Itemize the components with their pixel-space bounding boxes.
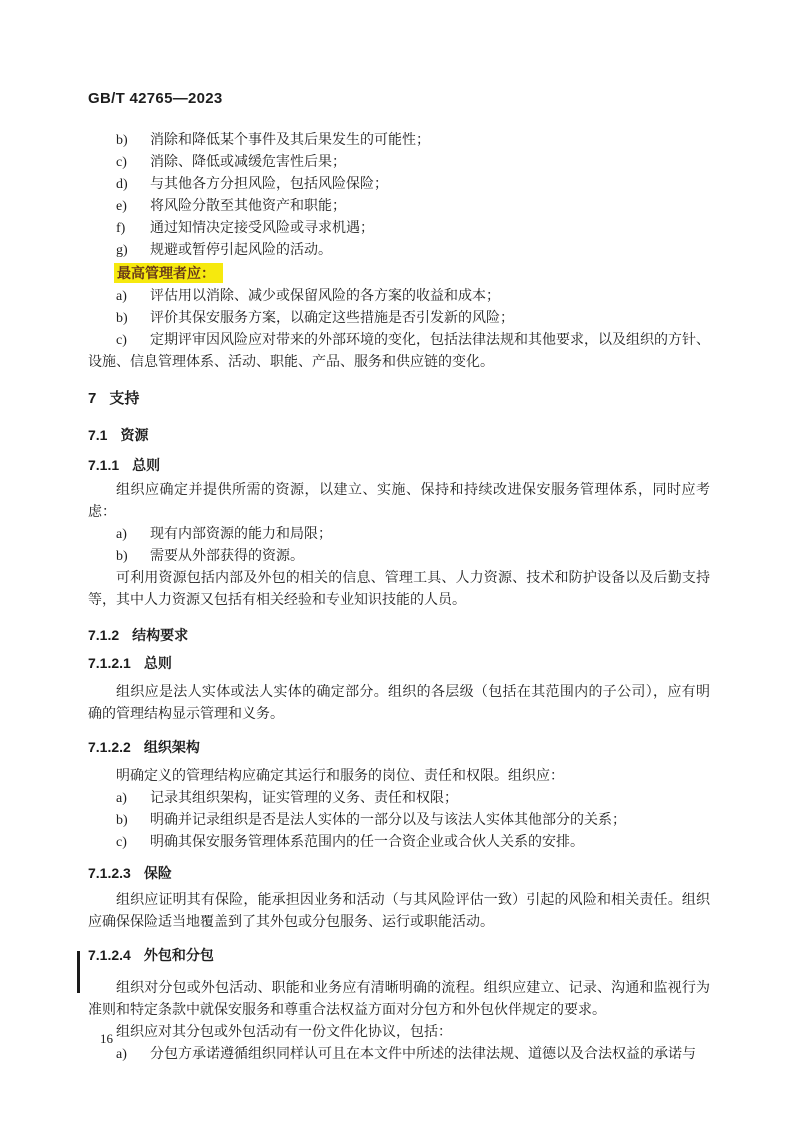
list-item: c)定期评审因风险应对带来的外部环境的变化，包括法律法规和其他要求，以及组织的方… — [88, 330, 710, 374]
list-item-text: 规避或暂停引起风险的活动。 — [150, 243, 332, 258]
list-item: a)记录其组织架构，证实管理的义务、责任和权限； — [88, 788, 710, 810]
section-7-1-2-heading: 7.1.2结构要求 — [88, 624, 710, 646]
list-item-marker: b) — [116, 810, 150, 832]
page-number: 16 — [100, 1030, 113, 1048]
section-number: 7 — [88, 390, 96, 407]
list-item-marker: a) — [116, 1044, 150, 1066]
list-item-marker: f) — [116, 218, 150, 240]
list-item: b)需要从外部获得的资源。 — [88, 546, 710, 568]
list-item-marker: d) — [116, 174, 150, 196]
list-item: e)将风险分散至其他资产和职能； — [88, 196, 710, 218]
list-item-text: 将风险分散至其他资产和职能； — [150, 199, 346, 214]
section-title: 支持 — [109, 390, 139, 407]
list-item-marker: b) — [116, 308, 150, 330]
list-item: f)通过知情决定接受风险或寻求机遇； — [88, 218, 710, 240]
highlighted-text: 最高管理者应： — [114, 263, 223, 283]
paragraph: 可利用资源包括内部及外包的相关的信息、管理工具、人力资源、技术和防护设备以及后勤… — [88, 568, 710, 612]
list-item-text: 现有内部资源的能力和局限； — [150, 527, 332, 542]
section-number: 7.1.2.2 — [88, 739, 131, 755]
section-title: 外包和分包 — [144, 947, 214, 963]
section-7-1-2-1-heading: 7.1.2.1总则 — [88, 652, 710, 674]
section-7-heading: 7支持 — [88, 388, 710, 410]
section-7-1-1-heading: 7.1.1总则 — [88, 454, 710, 476]
paragraph: 组织应是法人实体或法人实体的确定部分。组织的各层级（包括在其范围内的子公司），应… — [88, 682, 710, 726]
paragraph: 组织应确定并提供所需的资源，以建立、实施、保持和持续改进保安服务管理体系，同时应… — [88, 480, 710, 524]
top-management-list: a)评估用以消除、减少或保留风险的各方案的收益和成本； b)评价其保安服务方案，… — [88, 286, 710, 374]
section-number: 7.1.2 — [88, 627, 119, 643]
list-item-marker: e) — [116, 196, 150, 218]
page-content: GB/T 42765—2023 b)消除和降低某个事件及其后果发生的可能性； c… — [88, 88, 710, 1066]
section-number: 7.1 — [88, 427, 107, 443]
section-7-1-2-4-heading: 7.1.2.4外包和分包 — [88, 944, 710, 966]
risk-treatment-list: b)消除和降低某个事件及其后果发生的可能性； c)消除、降低或减缓危害性后果； … — [88, 130, 710, 262]
list-item-marker: a) — [116, 286, 150, 308]
list-item: a)现有内部资源的能力和局限； — [88, 524, 710, 546]
list-item: b)消除和降低某个事件及其后果发生的可能性； — [88, 130, 710, 152]
section-title: 保险 — [144, 865, 172, 881]
list-item: c)消除、降低或减缓危害性后果； — [88, 152, 710, 174]
list-item: b)明确并记录组织是否是法人实体的一部分以及与该法人实体其他部分的关系； — [88, 810, 710, 832]
list-item-text: 评估用以消除、减少或保留风险的各方案的收益和成本； — [150, 289, 500, 304]
list-item: a)评估用以消除、减少或保留风险的各方案的收益和成本； — [88, 286, 710, 308]
section-title: 总则 — [132, 457, 160, 473]
list-item-marker: b) — [116, 546, 150, 568]
subcontract-list: a)分包方承诺遵循组织同样认可且在本文件中所述的法律法规、道德以及合法权益的承诺… — [88, 1044, 710, 1066]
list-item-text: 评价其保安服务方案，以确定这些措施是否引发新的风险； — [150, 311, 514, 326]
section-title: 组织架构 — [144, 739, 200, 755]
list-item-marker: a) — [116, 788, 150, 810]
section-number: 7.1.2.3 — [88, 865, 131, 881]
section-7-1-2-2-heading: 7.1.2.2组织架构 — [88, 736, 710, 758]
section-number: 7.1.1 — [88, 457, 119, 473]
list-item: b)评价其保安服务方案，以确定这些措施是否引发新的风险； — [88, 308, 710, 330]
list-item-text: 与其他各方分担风险，包括风险保险； — [150, 177, 388, 192]
list-item-marker: a) — [116, 524, 150, 546]
section-7-1-heading: 7.1资源 — [88, 424, 710, 446]
list-item-marker: c) — [116, 832, 150, 854]
list-item-marker: b) — [116, 130, 150, 152]
paragraph: 组织应对其分包或外包活动有一份文件化协议，包括： — [88, 1022, 710, 1044]
list-item-marker: g) — [116, 240, 150, 262]
revision-change-bar — [77, 951, 80, 993]
section-title: 资源 — [120, 427, 148, 443]
document-page: GB/T 42765—2023 b)消除和降低某个事件及其后果发生的可能性； c… — [0, 0, 794, 1123]
list-item-text: 通过知情决定接受风险或寻求机遇； — [150, 221, 374, 236]
list-item-marker: c) — [116, 152, 150, 174]
section-number: 7.1.2.4 — [88, 947, 131, 963]
list-item-text: 需要从外部获得的资源。 — [150, 549, 304, 564]
list-item: a)分包方承诺遵循组织同样认可且在本文件中所述的法律法规、道德以及合法权益的承诺… — [88, 1044, 710, 1066]
list-item-text: 明确并记录组织是否是法人实体的一部分以及与该法人实体其他部分的关系； — [150, 813, 626, 828]
list-item: d)与其他各方分担风险，包括风险保险； — [88, 174, 710, 196]
list-item: c)明确其保安服务管理体系范围内的任一合资企业或合伙人关系的安排。 — [88, 832, 710, 854]
paragraph: 组织应证明其有保险，能承担因业务和活动（与其风险评估一致）引起的风险和相关责任。… — [88, 890, 710, 934]
resources-list: a)现有内部资源的能力和局限； b)需要从外部获得的资源。 — [88, 524, 710, 568]
list-item-text: 消除、降低或减缓危害性后果； — [150, 155, 346, 170]
list-item-text: 消除和降低某个事件及其后果发生的可能性； — [150, 133, 430, 148]
list-item-text: 定期评审因风险应对带来的外部环境的变化，包括法律法规和其他要求，以及组织的方针、… — [88, 333, 710, 370]
section-7-1-2-3-heading: 7.1.2.3保险 — [88, 862, 710, 884]
list-item: g)规避或暂停引起风险的活动。 — [88, 240, 710, 262]
list-item-marker: c) — [116, 330, 150, 352]
top-management-lead-line: 最高管理者应： — [114, 262, 710, 286]
doc-code: GB/T 42765—2023 — [88, 88, 710, 110]
paragraph: 明确定义的管理结构应确定其运行和服务的岗位、责任和权限。组织应： — [88, 766, 710, 788]
paragraph: 组织对分包或外包活动、职能和业务应有清晰明确的流程。组织应建立、记录、沟通和监视… — [88, 978, 710, 1022]
list-item-text: 记录其组织架构，证实管理的义务、责任和权限； — [150, 791, 458, 806]
section-title: 结构要求 — [132, 627, 188, 643]
org-structure-list: a)记录其组织架构，证实管理的义务、责任和权限； b)明确并记录组织是否是法人实… — [88, 788, 710, 854]
section-title: 总则 — [144, 655, 172, 671]
list-item-text: 明确其保安服务管理体系范围内的任一合资企业或合伙人关系的安排。 — [150, 835, 584, 850]
list-item-text: 分包方承诺遵循组织同样认可且在本文件中所述的法律法规、道德以及合法权益的承诺与 — [150, 1047, 696, 1062]
section-number: 7.1.2.1 — [88, 655, 131, 671]
